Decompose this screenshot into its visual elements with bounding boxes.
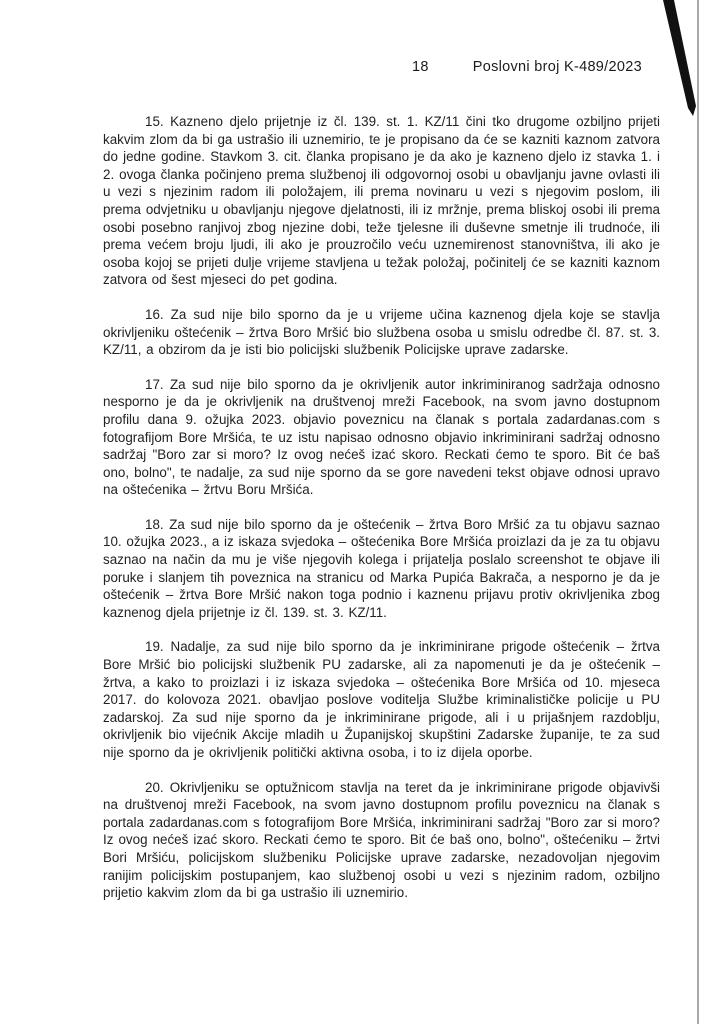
paragraph-18: 18. Za sud nije bilo sporno da je ošteće… <box>103 516 660 622</box>
scanned-court-document-page: 18Poslovni broj K-489/2023 15. Kazneno d… <box>0 0 724 1024</box>
page-edge-scan-line <box>697 0 699 1024</box>
paragraph-16: 16. Za sud nije bilo sporno da je u vrij… <box>103 306 660 359</box>
paragraph-15: 15. Kazneno djelo prijetnje iz čl. 139. … <box>103 113 660 289</box>
document-body: 15. Kazneno djelo prijetnje iz čl. 139. … <box>103 113 660 919</box>
case-number: Poslovni broj K-489/2023 <box>473 59 642 75</box>
page-header: 18Poslovni broj K-489/2023 <box>412 59 642 75</box>
page-number: 18 <box>412 59 429 75</box>
paragraph-19: 19. Nadalje, za sud nije bilo sporno da … <box>103 638 660 761</box>
paragraph-20: 20. Okrivljeniku se optužnicom stavlja n… <box>103 779 660 902</box>
paragraph-17: 17. Za sud nije bilo sporno da je okrivl… <box>103 376 660 499</box>
